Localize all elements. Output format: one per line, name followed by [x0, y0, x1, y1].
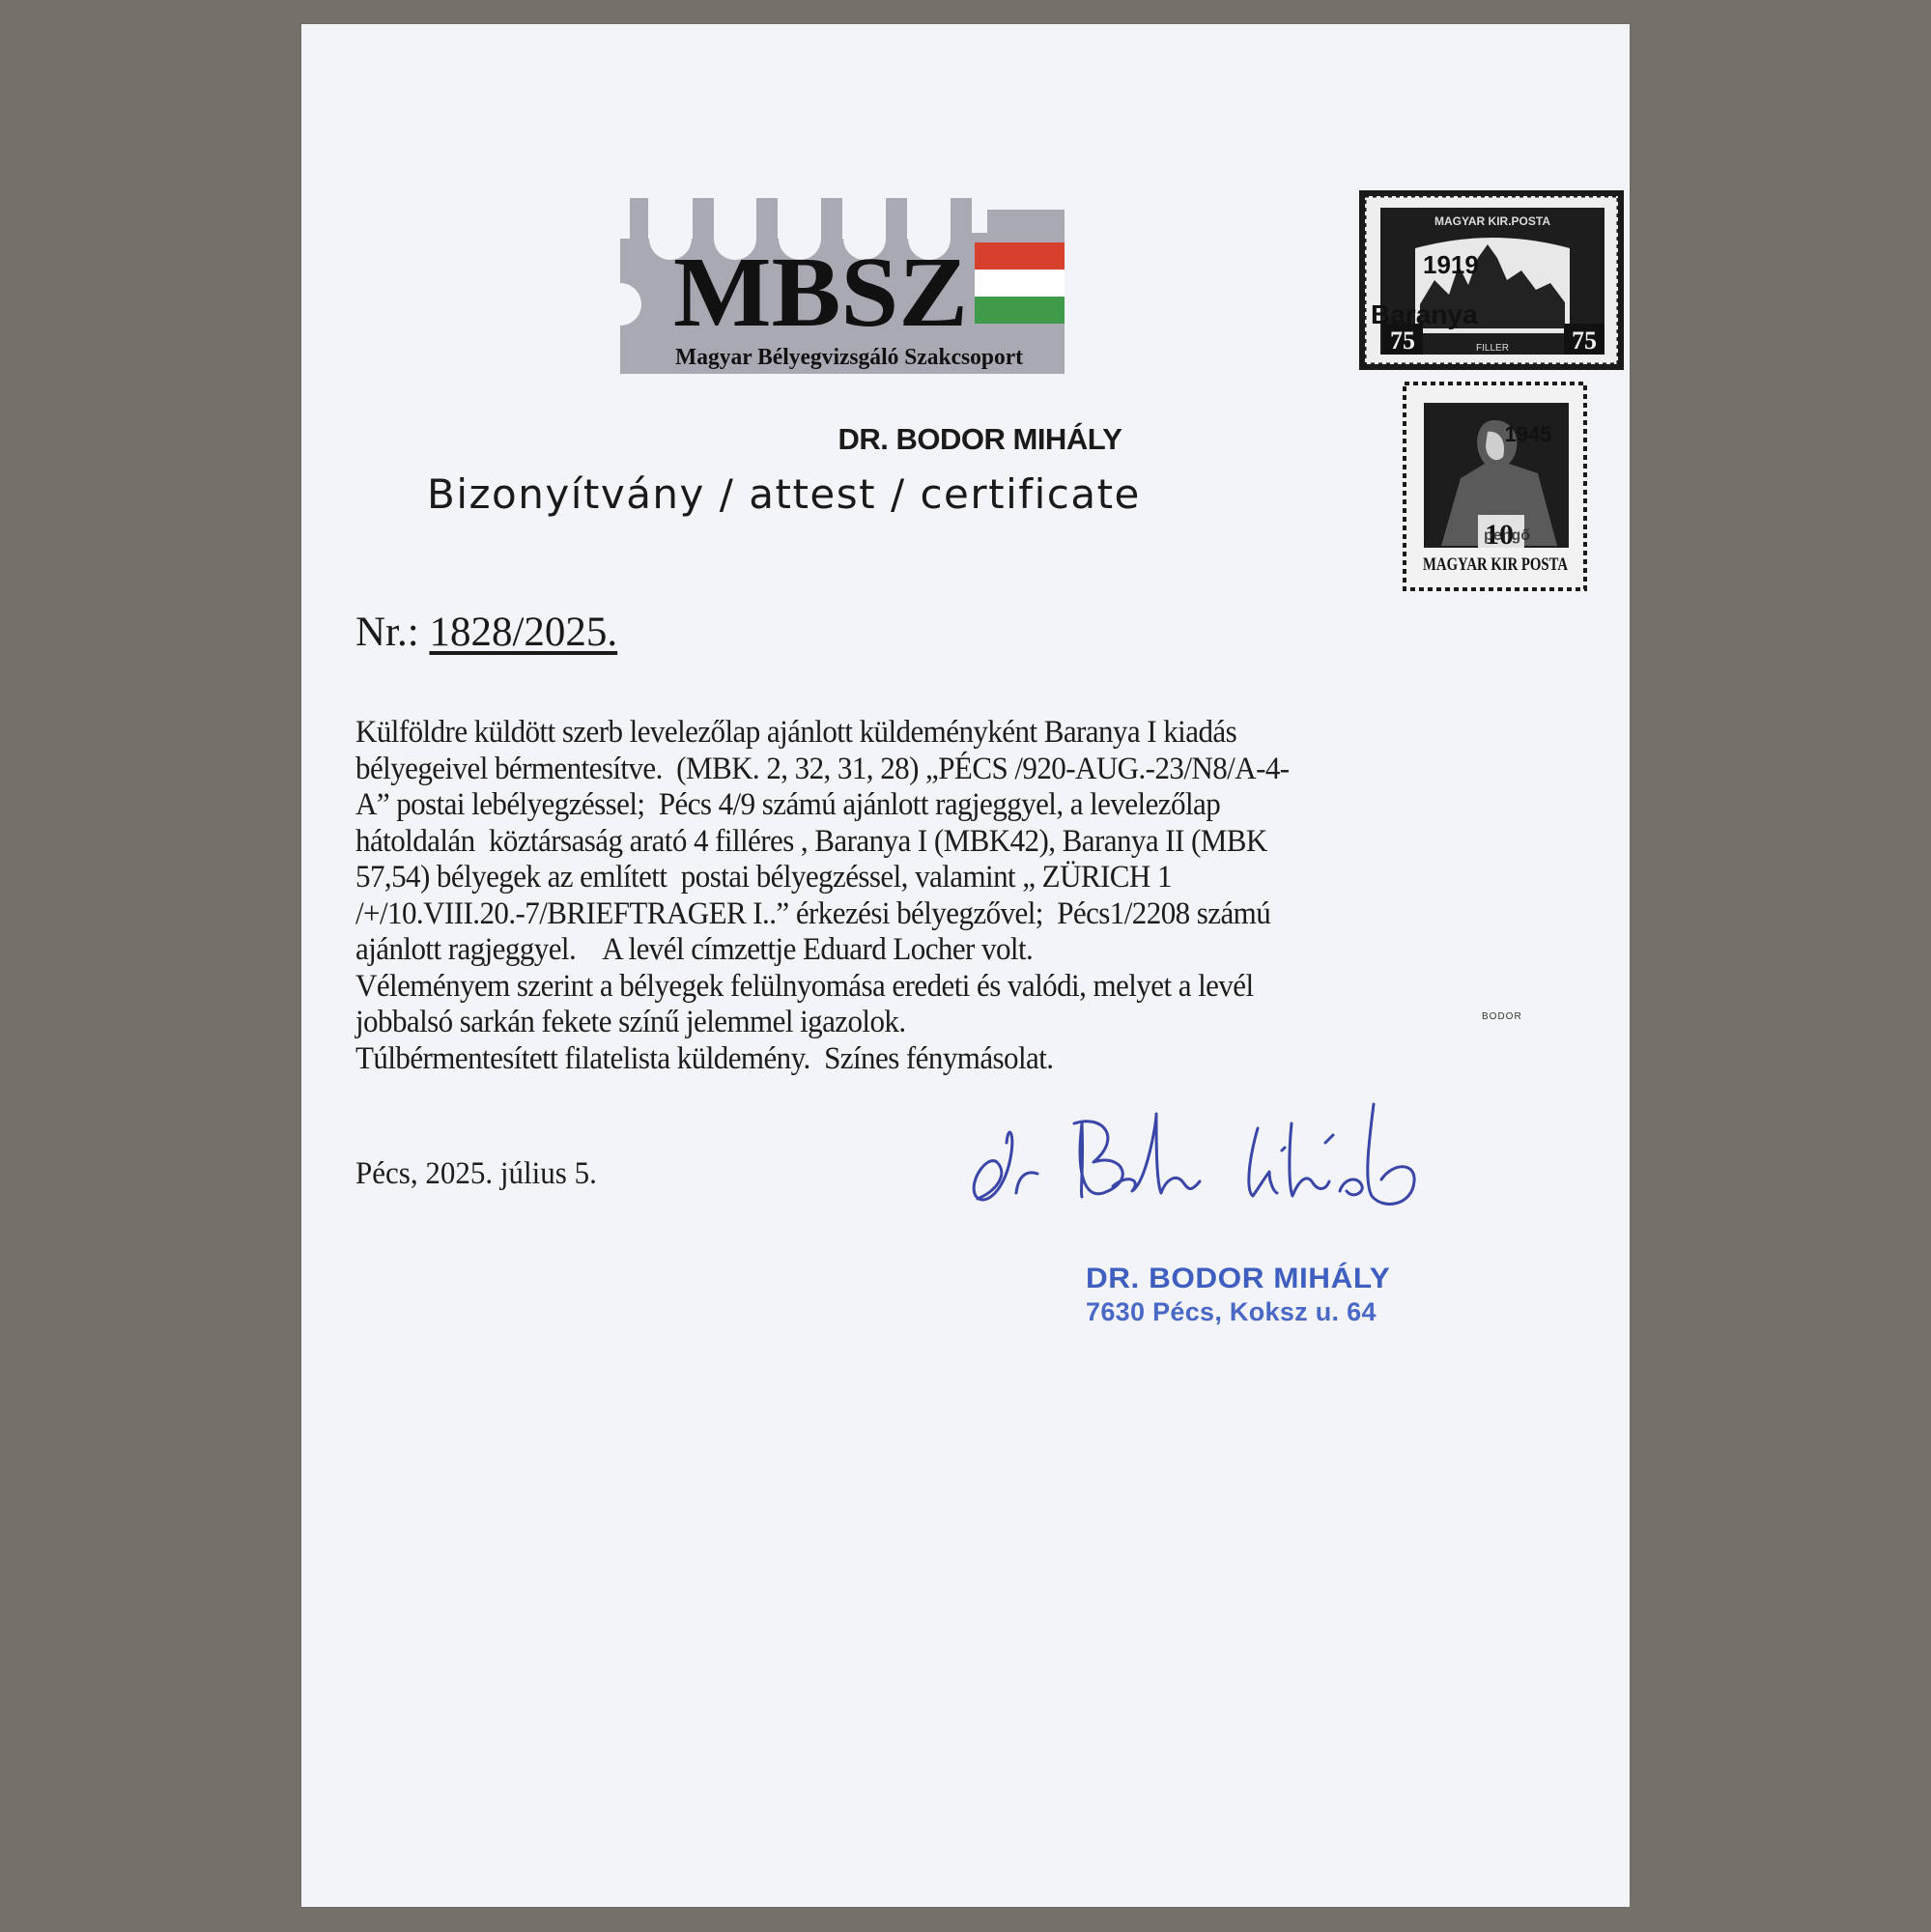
certificate-number: Nr.: 1828/2025.	[355, 609, 617, 656]
certificate-title: Bizonyítvány / attest / certificate	[427, 470, 1141, 518]
body-line: hátoldalán köztársaság arató 4 filléres …	[355, 824, 1427, 861]
svg-text:1945: 1945	[1505, 422, 1552, 446]
body-line: 57,54) bélyegek az említett postai bélye…	[355, 860, 1427, 896]
body-line: Véleményem szerint a bélyegek felülnyomá…	[355, 969, 1427, 1006]
flag-white-stripe	[975, 270, 1065, 297]
stamp-image-portrait: 1945 10 pengő MAGYAR KIR POSTA	[1403, 382, 1587, 591]
body-line: Túlbérmentesített filatelista küldemény.…	[355, 1041, 1427, 1078]
body-line: /+/10.VIII.20.-7/BRIEFTRAGER I..” érkezé…	[355, 896, 1427, 933]
signature	[958, 1085, 1461, 1220]
mbsz-logo: MBSZ Magyar Bélyegvizsgáló Szakcsoport	[620, 190, 1065, 393]
flag-green-stripe	[975, 297, 1065, 324]
certificate-body: Külföldre küldött szerb levelezőlap aján…	[355, 715, 1427, 1077]
svg-text:FILLER: FILLER	[1476, 343, 1509, 354]
stamp-image-parliament: MAGYAR KIR.POSTA 1919 Baranya 75 75 FILL…	[1357, 188, 1626, 372]
expert-address-stamp: DR. BODOR MIHÁLY 7630 Pécs, Koksz u. 64	[1086, 1263, 1377, 1327]
body-line: Külföldre küldött szerb levelezőlap aján…	[355, 715, 1427, 752]
svg-text:MBSZ: MBSZ	[673, 237, 968, 348]
svg-text:Magyar Bélyegvizsgáló Szakcsop: Magyar Bélyegvizsgáló Szakcsoport	[675, 345, 1023, 370]
certificate-number-value: 1828/2025.	[429, 610, 617, 655]
flag-red-stripe	[975, 242, 1065, 270]
stamp-name: DR. BODOR MIHÁLY	[1086, 1263, 1391, 1295]
body-line: bélyegeivel bérmentesítve. (MBK. 2, 32, …	[355, 752, 1427, 788]
svg-text:75: 75	[1390, 327, 1415, 355]
svg-text:pengő: pengő	[1484, 527, 1530, 544]
certificate-number-label: Nr.:	[355, 610, 419, 655]
certificate-page: MBSZ Magyar Bélyegvizsgáló Szakcsoport D…	[301, 24, 1630, 1907]
body-line: A” postai lebélyegzéssel; Pécs 4/9 számú…	[355, 787, 1427, 824]
body-line: jobbalsó sarkán fekete színű jelemmel ig…	[355, 1005, 1427, 1041]
svg-text:MAGYAR KIR POSTA: MAGYAR KIR POSTA	[1423, 554, 1568, 575]
stamp-address: 7630 Pécs, Koksz u. 64	[1086, 1297, 1377, 1327]
body-line: ajánlott ragjeggyel. A levél címzettje E…	[355, 932, 1427, 969]
svg-text:1919: 1919	[1423, 250, 1479, 279]
svg-text:75: 75	[1572, 327, 1597, 355]
expert-mark-sample: BODOR	[1482, 1011, 1522, 1022]
place-and-date: Pécs, 2025. július 5.	[355, 1156, 597, 1192]
svg-text:MAGYAR KIR.POSTA: MAGYAR KIR.POSTA	[1434, 214, 1550, 228]
